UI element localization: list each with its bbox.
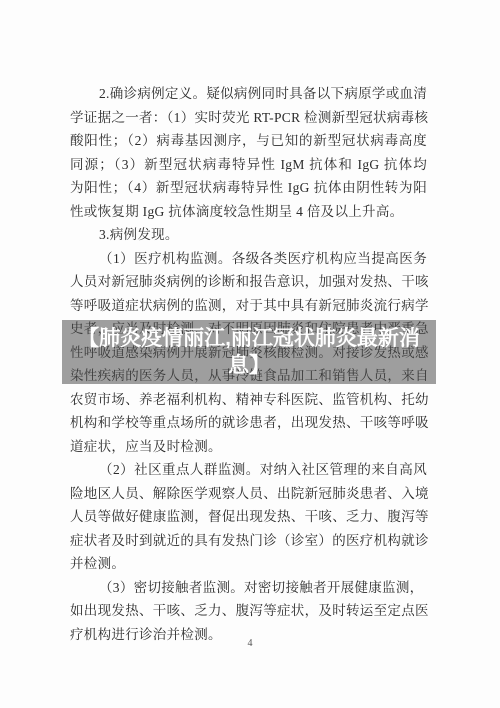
document-line: 学证据之一者：（1）实时荧光 RT-PCR 检测新型冠状病毒核 <box>70 106 427 130</box>
document-line: 3.病例发现。 <box>70 223 427 247</box>
document-line: 如出现发热、干咳、乏力、腹泻等症状，及时转运至定点医 <box>70 599 427 623</box>
document-line: 2.确诊病例定义。疑似病例同时具备以下病原学或血清 <box>70 82 427 106</box>
document-line: 为阳性；（4）新型冠状病毒特异性 IgG 抗体由阴性转为阳 <box>70 176 427 200</box>
watermark-overlay-band: 【肺炎疫情丽江,丽江冠状肺炎最新消息】 <box>62 320 436 384</box>
document-line: 险地区人员、解除医学观察人员、出院新冠肺炎患者、入境 <box>70 482 427 506</box>
document-line: 并检测。 <box>70 552 427 576</box>
document-line: （2）社区重点人群监测。对纳入社区管理的来自高风 <box>70 458 427 482</box>
document-line: 症状者及时到就近的具有发热门诊（诊室）的医疗机构就诊 <box>70 529 427 553</box>
document-line: 机构和学校等重点场所的就诊患者，出现发热、干咳等呼吸 <box>70 411 427 435</box>
document-line: 同源；（3）新型冠状病毒特异性 IgM 抗体和 IgG 抗体均 <box>70 153 427 177</box>
document-line: 等呼吸道症状病例的监测，对于其中具有新冠肺炎流行病学 <box>70 294 427 318</box>
document-line: 人员等做好健康监测，督促出现发热、干咳、乏力、腹泻等 <box>70 505 427 529</box>
document-page: 2.确诊病例定义。疑似病例同时具备以下病原学或血清学证据之一者：（1）实时荧光 … <box>0 0 500 708</box>
document-line: 道症状，应当及时检测。 <box>70 435 427 459</box>
page-number: 4 <box>0 638 500 649</box>
document-line: 酸阳性；（2）病毒基因测序，与已知的新型冠状病毒高度 <box>70 129 427 153</box>
document-line: 人员对新冠肺炎病例的诊断和报告意识，加强对发热、干咳 <box>70 270 427 294</box>
document-line: 农贸市场、养老福利机构、精神专科医院、监管机构、托幼 <box>70 388 427 412</box>
document-line: 性或恢复期 IgG 抗体滴度较急性期呈 4 倍及以上升高。 <box>70 200 427 224</box>
watermark-title: 【肺炎疫情丽江,丽江冠状肺炎最新消息】 <box>72 325 426 379</box>
document-line: （1）医疗机构监测。各级各类医疗机构应当提高医务 <box>70 247 427 271</box>
document-line: （3）密切接触者监测。对密切接触者开展健康监测， <box>70 576 427 600</box>
